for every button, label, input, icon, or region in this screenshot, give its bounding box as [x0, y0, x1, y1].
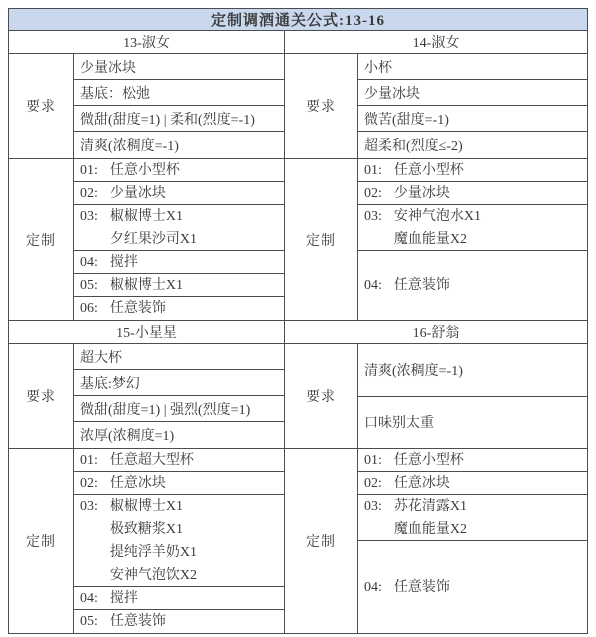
- requirement-row: 清爽(浓稠度=-1): [74, 132, 284, 158]
- step-row: 04:搅拌: [74, 251, 284, 274]
- step-number: 02:: [364, 472, 382, 495]
- custom-rows: 01:任意小型杯 02:少量冰块 03:椒椒博士X1 夕红果沙司X1 04:搅拌…: [74, 159, 284, 320]
- step-text: 任意装饰: [110, 610, 166, 633]
- step-number: 01:: [364, 159, 382, 182]
- step-text: 苏花清露X1 魔血能量X2: [394, 495, 467, 541]
- requirement-row: 微苦(甜度=-1): [358, 106, 587, 132]
- step-text: 任意小型杯: [110, 159, 180, 182]
- custom-rows: 01:任意小型杯 02:少量冰块 03:安神气泡水X1 魔血能量X2 04:任意…: [358, 159, 587, 320]
- table-title: 定制调酒通关公式:13-16: [9, 9, 587, 31]
- step-number: 02:: [80, 182, 98, 205]
- step-number: 03:: [364, 205, 382, 228]
- step-number: 05:: [80, 610, 98, 633]
- step-number: 03:: [80, 495, 98, 518]
- step-row: 02:少量冰块: [358, 182, 587, 205]
- requirement-row: 清爽(浓稠度=-1): [358, 344, 587, 397]
- step-row: 03:椒椒博士X1 极致糖浆X1 提纯浮羊奶X1 安神气泡饮X2: [74, 495, 284, 587]
- requirement-row: 超大杯: [74, 344, 284, 370]
- step-row: 02:少量冰块: [74, 182, 284, 205]
- requirements-section-top: 要求 少量冰块 基底：松弛 微甜(甜度=1) | 柔和(烈度=-1) 清爽(浓稠…: [9, 54, 587, 159]
- header-row-13-14: 13-淑女 14-淑女: [9, 31, 587, 54]
- requirements-rows: 超大杯 基底:梦幻 微甜(甜度=1) | 强烈(烈度=1) 浓厚(浓稠度=1): [74, 344, 284, 448]
- requirements-15: 要求 超大杯 基底:梦幻 微甜(甜度=1) | 强烈(烈度=1) 浓厚(浓稠度=…: [9, 344, 285, 448]
- step-row: 01:任意小型杯: [358, 449, 587, 472]
- step-row: 01:任意小型杯: [74, 159, 284, 182]
- header-row-15-16: 15-小星星 16-舒翁: [9, 321, 587, 344]
- requirements-label: 要求: [9, 344, 74, 448]
- step-row: 03:苏花清露X1 魔血能量X2: [358, 495, 587, 541]
- header-15: 15-小星星: [9, 321, 285, 343]
- custom-rows: 01:任意小型杯 02:任意冰块 03:苏花清露X1 魔血能量X2 04:任意装…: [358, 449, 587, 633]
- step-number: 04:: [80, 587, 98, 610]
- step-text: 椒椒博士X1 极致糖浆X1 提纯浮羊奶X1 安神气泡饮X2: [110, 495, 197, 587]
- step-number: 01:: [80, 449, 98, 472]
- step-number: 05:: [80, 274, 98, 297]
- step-number: 04:: [80, 251, 98, 274]
- custom-16: 定制 01:任意小型杯 02:任意冰块 03:苏花清露X1 魔血能量X2 04:…: [285, 449, 587, 633]
- step-number: 06:: [80, 297, 98, 320]
- custom-rows: 01:任意超大型杯 02:任意冰块 03:椒椒博士X1 极致糖浆X1 提纯浮羊奶…: [74, 449, 284, 633]
- custom-label: 定制: [9, 159, 74, 320]
- step-number: 01:: [364, 449, 382, 472]
- requirements-label: 要求: [285, 54, 358, 158]
- requirements-rows: 小杯 少量冰块 微苦(甜度=-1) 超柔和(烈度≤-2): [358, 54, 587, 158]
- custom-label: 定制: [285, 159, 358, 320]
- custom-section-top: 定制 01:任意小型杯 02:少量冰块 03:椒椒博士X1 夕红果沙司X1 04…: [9, 159, 587, 321]
- custom-13: 定制 01:任意小型杯 02:少量冰块 03:椒椒博士X1 夕红果沙司X1 04…: [9, 159, 285, 320]
- step-number: 02:: [80, 472, 98, 495]
- requirements-13: 要求 少量冰块 基底：松弛 微甜(甜度=1) | 柔和(烈度=-1) 清爽(浓稠…: [9, 54, 285, 158]
- requirements-14: 要求 小杯 少量冰块 微苦(甜度=-1) 超柔和(烈度≤-2): [285, 54, 587, 158]
- step-row: 06:任意装饰: [74, 297, 284, 320]
- requirement-row: 基底：松弛: [74, 80, 284, 106]
- step-text: 少量冰块: [394, 182, 450, 205]
- requirements-16: 要求 清爽(浓稠度=-1) 口味别太重: [285, 344, 587, 448]
- formula-table: 定制调酒通关公式:13-16 13-淑女 14-淑女 要求 少量冰块 基底：松弛…: [8, 8, 588, 634]
- step-row: 01:任意小型杯: [358, 159, 587, 182]
- step-number: 04:: [364, 576, 382, 599]
- requirement-row: 超柔和(烈度≤-2): [358, 132, 587, 158]
- custom-section-bottom: 定制 01:任意超大型杯 02:任意冰块 03:椒椒博士X1 极致糖浆X1 提纯…: [9, 449, 587, 633]
- step-row: 03:椒椒博士X1 夕红果沙司X1: [74, 205, 284, 251]
- step-row: 03:安神气泡水X1 魔血能量X2: [358, 205, 587, 251]
- step-row: 04:任意装饰: [358, 541, 587, 633]
- custom-14: 定制 01:任意小型杯 02:少量冰块 03:安神气泡水X1 魔血能量X2 04…: [285, 159, 587, 320]
- step-text: 任意装饰: [394, 576, 450, 599]
- requirements-section-bottom: 要求 超大杯 基底:梦幻 微甜(甜度=1) | 强烈(烈度=1) 浓厚(浓稠度=…: [9, 344, 587, 449]
- custom-label: 定制: [9, 449, 74, 633]
- requirement-row: 小杯: [358, 54, 587, 80]
- step-text: 任意装饰: [394, 274, 450, 297]
- step-text: 任意装饰: [110, 297, 166, 320]
- step-text: 椒椒博士X1: [110, 274, 183, 297]
- step-text: 任意冰块: [110, 472, 166, 495]
- requirement-row: 少量冰块: [74, 54, 284, 80]
- custom-label: 定制: [285, 449, 358, 633]
- header-14: 14-淑女: [285, 31, 587, 53]
- step-number: 02:: [364, 182, 382, 205]
- step-text: 少量冰块: [110, 182, 166, 205]
- step-row: 05:椒椒博士X1: [74, 274, 284, 297]
- requirement-row: 少量冰块: [358, 80, 587, 106]
- step-row: 01:任意超大型杯: [74, 449, 284, 472]
- step-text: 任意超大型杯: [110, 449, 194, 472]
- step-text: 搅拌: [110, 251, 138, 274]
- requirement-row: 微甜(甜度=1) | 柔和(烈度=-1): [74, 106, 284, 132]
- step-row: 05:任意装饰: [74, 610, 284, 633]
- requirements-rows: 清爽(浓稠度=-1) 口味别太重: [358, 344, 587, 448]
- custom-15: 定制 01:任意超大型杯 02:任意冰块 03:椒椒博士X1 极致糖浆X1 提纯…: [9, 449, 285, 633]
- requirement-row: 基底:梦幻: [74, 370, 284, 396]
- step-text: 任意冰块: [394, 472, 450, 495]
- requirement-row: 浓厚(浓稠度=1): [74, 422, 284, 448]
- requirements-label: 要求: [9, 54, 74, 158]
- step-number: 03:: [364, 495, 382, 518]
- step-text: 搅拌: [110, 587, 138, 610]
- step-text: 椒椒博士X1 夕红果沙司X1: [110, 205, 197, 251]
- step-number: 04:: [364, 274, 382, 297]
- step-text: 任意小型杯: [394, 449, 464, 472]
- requirements-rows: 少量冰块 基底：松弛 微甜(甜度=1) | 柔和(烈度=-1) 清爽(浓稠度=-…: [74, 54, 284, 158]
- step-row: 04:任意装饰: [358, 251, 587, 320]
- step-row: 02:任意冰块: [358, 472, 587, 495]
- step-text: 安神气泡水X1 魔血能量X2: [394, 205, 481, 251]
- requirement-row: 口味别太重: [358, 397, 587, 449]
- step-row: 04:搅拌: [74, 587, 284, 610]
- step-row: 02:任意冰块: [74, 472, 284, 495]
- requirements-label: 要求: [285, 344, 358, 448]
- step-text: 任意小型杯: [394, 159, 464, 182]
- step-number: 03:: [80, 205, 98, 228]
- step-number: 01:: [80, 159, 98, 182]
- header-13: 13-淑女: [9, 31, 285, 53]
- header-16: 16-舒翁: [285, 321, 587, 343]
- requirement-row: 微甜(甜度=1) | 强烈(烈度=1): [74, 396, 284, 422]
